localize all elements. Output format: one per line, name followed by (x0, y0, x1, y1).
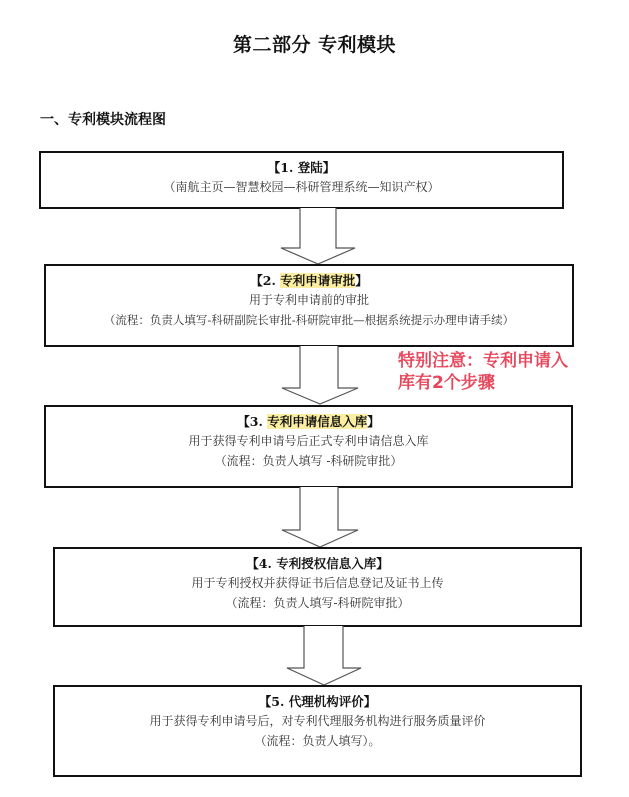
step-title: 【5. 代理机构评价】 (55, 693, 580, 711)
step-description: 用于专利申请前的审批 (46, 290, 572, 310)
flow-step-patent-grant-entry: 【4. 专利授权信息入库】 用于专利授权并获得证书后信息登记及证书上传 （流程：… (53, 547, 582, 627)
down-arrow-icon (278, 208, 358, 266)
note-line-1: 特别注意：专利申请入 (398, 350, 618, 372)
step-process: （流程：负责人填写-科研院审批） (55, 593, 580, 613)
down-arrow-icon (284, 626, 364, 687)
down-arrow-icon (281, 487, 361, 549)
step-title: 【3. 专利申请信息入库】 (46, 413, 571, 431)
page-title: 第二部分 专利模块 (0, 30, 629, 57)
step-description: 用于获得专利申请号后正式专利申请信息入库 (46, 431, 571, 451)
flow-step-patent-application-approval: 【2. 专利申请审批】 用于专利申请前的审批 （流程：负责人填写-科研副院长审批… (44, 264, 574, 347)
flow-step-patent-application-entry: 【3. 专利申请信息入库】 用于获得专利申请号后正式专利申请信息入库 （流程：负… (44, 405, 573, 488)
section-heading: 一、专利模块流程图 (40, 109, 166, 129)
note-line-2: 库有2个步骤 (398, 372, 618, 394)
down-arrow-icon (281, 346, 361, 406)
flow-step-agency-evaluation: 【5. 代理机构评价】 用于获得专利申请号后，对专利代理服务机构进行服务质量评价… (53, 685, 582, 777)
step-process: （流程：负责人填写-科研副院长审批-科研院审批—根据系统提示办理申请手续） (46, 310, 572, 330)
special-note: 特别注意：专利申请入 库有2个步骤 (398, 350, 618, 394)
step-description: 用于专利授权并获得证书后信息登记及证书上传 (55, 573, 580, 593)
step-title: 【1. 登陆】 (41, 159, 562, 177)
flow-step-login: 【1. 登陆】 （南航主页—智慧校园—科研管理系统—知识产权） (39, 151, 564, 209)
step-description: 用于获得专利申请号后，对专利代理服务机构进行服务质量评价 (55, 711, 580, 731)
step-title: 【4. 专利授权信息入库】 (55, 555, 580, 573)
step-description: （南航主页—智慧校园—科研管理系统—知识产权） (41, 177, 562, 197)
highlighted-title: 专利申请信息入库 (267, 414, 367, 429)
highlighted-title: 专利申请审批 (280, 273, 355, 288)
step-title: 【2. 专利申请审批】 (46, 272, 572, 290)
step-process: （流程：负责人填写 -科研院审批） (46, 451, 571, 471)
step-process: （流程：负责人填写）。 (55, 731, 580, 751)
